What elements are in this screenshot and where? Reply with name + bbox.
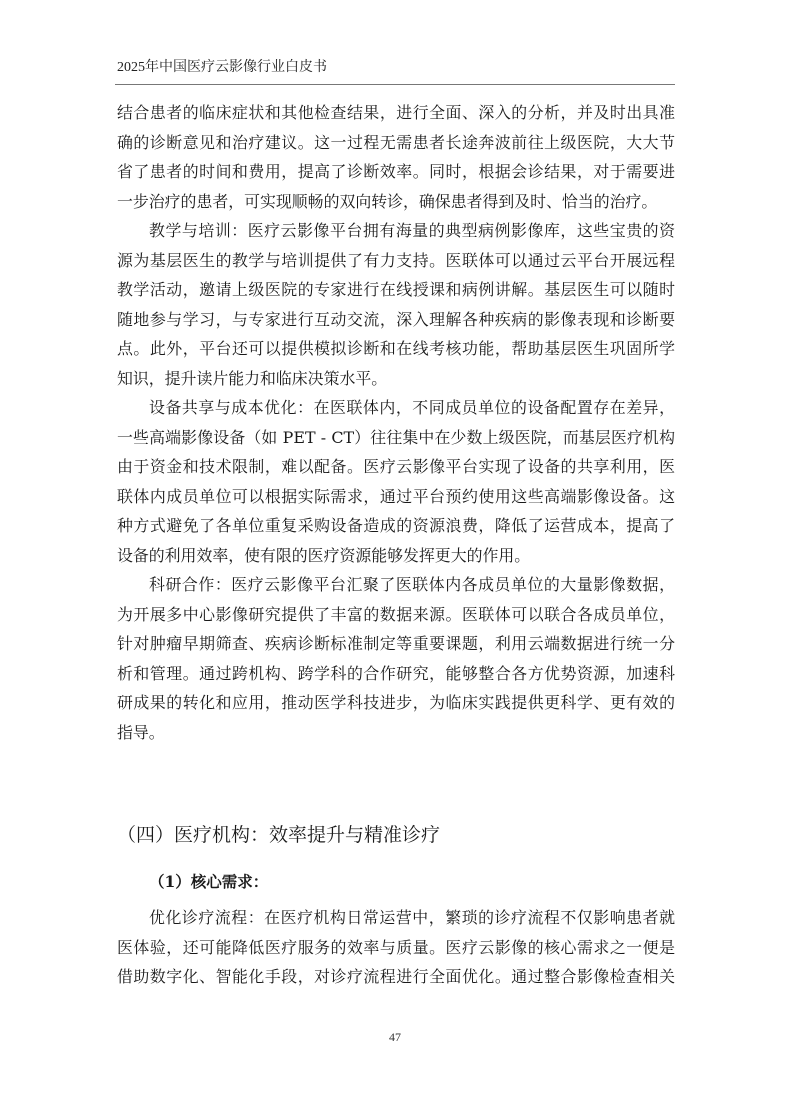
text-line: 设备共享与成本优化：在医联体内，不同成员单位的设备配置存在差异， (117, 393, 675, 423)
paragraph-workflow-optimization: 优化诊疗流程：在医疗机构日常运营中，繁琐的诊疗流程不仅影响患者就 医体验，还可能… (117, 903, 675, 992)
text-line: 借助数字化、智能化手段，对诊疗流程进行全面优化。通过整合影像检查相关 (117, 962, 675, 992)
paragraph-continuation: 结合患者的临床症状和其他检查结果，进行全面、深入的分析，并及时出具准 确的诊断意… (117, 98, 675, 216)
text-line: 针对肿瘤早期筛查、疾病诊断标准制定等重要课题，利用云端数据进行统一分 (117, 629, 675, 659)
text-line: 确的诊断意见和治疗建议。这一过程无需患者长途奔波前往上级医院，大大节 (117, 128, 675, 158)
text-line: 教学与培训：医疗云影像平台拥有海量的典型病例影像库，这些宝贵的资 (117, 216, 675, 246)
paragraph-research-cooperation: 科研合作：医疗云影像平台汇聚了医联体内各成员单位的大量影像数据， 为开展多中心影… (117, 570, 675, 747)
section-heading: （四）医疗机构：效率提升与精准诊疗 (117, 822, 440, 848)
text-line: 省了患者的时间和费用，提高了诊断效率。同时，根据会诊结果，对于需要进 (117, 157, 675, 187)
text-line: 为开展多中心影像研究提供了丰富的数据来源。医联体可以联合各成员单位， (117, 600, 675, 630)
header-divider (115, 84, 675, 85)
text-line: 研成果的转化和应用，推动医学科技进步，为临床实践提供更科学、更有效的 (117, 688, 675, 718)
text-line: 优化诊疗流程：在医疗机构日常运营中，繁琐的诊疗流程不仅影响患者就 (117, 903, 675, 933)
text-line: 科研合作：医疗云影像平台汇聚了医联体内各成员单位的大量影像数据， (117, 570, 675, 600)
text-line: 由于资金和技术限制，难以配备。医疗云影像平台实现了设备的共享利用，医 (117, 452, 675, 482)
text-line: 医体验，还可能降低医疗服务的效率与质量。医疗云影像的核心需求之一便是 (117, 933, 675, 963)
text-line: 析和管理。通过跨机构、跨学科的合作研究，能够整合各方优势资源，加速科 (117, 659, 675, 689)
body-text-upper: 结合患者的临床症状和其他检查结果，进行全面、深入的分析，并及时出具准 确的诊断意… (117, 98, 675, 747)
page-number: 47 (0, 1030, 790, 1045)
text-line: 种方式避免了各单位重复采购设备造成的资源浪费，降低了运营成本，提高了 (117, 511, 675, 541)
text-line: 源为基层医生的教学与培训提供了有力支持。医联体可以通过云平台开展远程 (117, 246, 675, 276)
text-line: 设备的利用效率，使有限的医疗资源能够发挥更大的作用。 (117, 541, 675, 571)
body-text-lower: 优化诊疗流程：在医疗机构日常运营中，繁琐的诊疗流程不仅影响患者就 医体验，还可能… (117, 903, 675, 992)
text-line: 随地参与学习，与专家进行互动交流，深入理解各种疾病的影像表现和诊断要 (117, 305, 675, 335)
subsection-heading: （1）核心需求： (149, 871, 268, 893)
text-line: 结合患者的临床症状和其他检查结果，进行全面、深入的分析，并及时出具准 (117, 98, 675, 128)
text-line: 一步治疗的患者，可实现顺畅的双向转诊，确保患者得到及时、恰当的治疗。 (117, 187, 675, 217)
running-header-title: 2025年中国医疗云影像行业白皮书 (117, 56, 327, 76)
text-line: 指导。 (117, 718, 675, 748)
text-line: 教学活动，邀请上级医院的专家进行在线授课和病例讲解。基层医生可以随时 (117, 275, 675, 305)
paragraph-teaching-training: 教学与培训：医疗云影像平台拥有海量的典型病例影像库，这些宝贵的资 源为基层医生的… (117, 216, 675, 393)
text-line: 联体内成员单位可以根据实际需求，通过平台预约使用这些高端影像设备。这 (117, 482, 675, 512)
text-line: 点。此外，平台还可以提供模拟诊断和在线考核功能，帮助基层医生巩固所学 (117, 334, 675, 364)
text-line: 一些高端影像设备（如 PET - CT）往往集中在少数上级医院，而基层医疗机构 (117, 423, 675, 453)
paragraph-equipment-sharing: 设备共享与成本优化：在医联体内，不同成员单位的设备配置存在差异， 一些高端影像设… (117, 393, 675, 570)
text-line: 知识，提升读片能力和临床决策水平。 (117, 364, 675, 394)
